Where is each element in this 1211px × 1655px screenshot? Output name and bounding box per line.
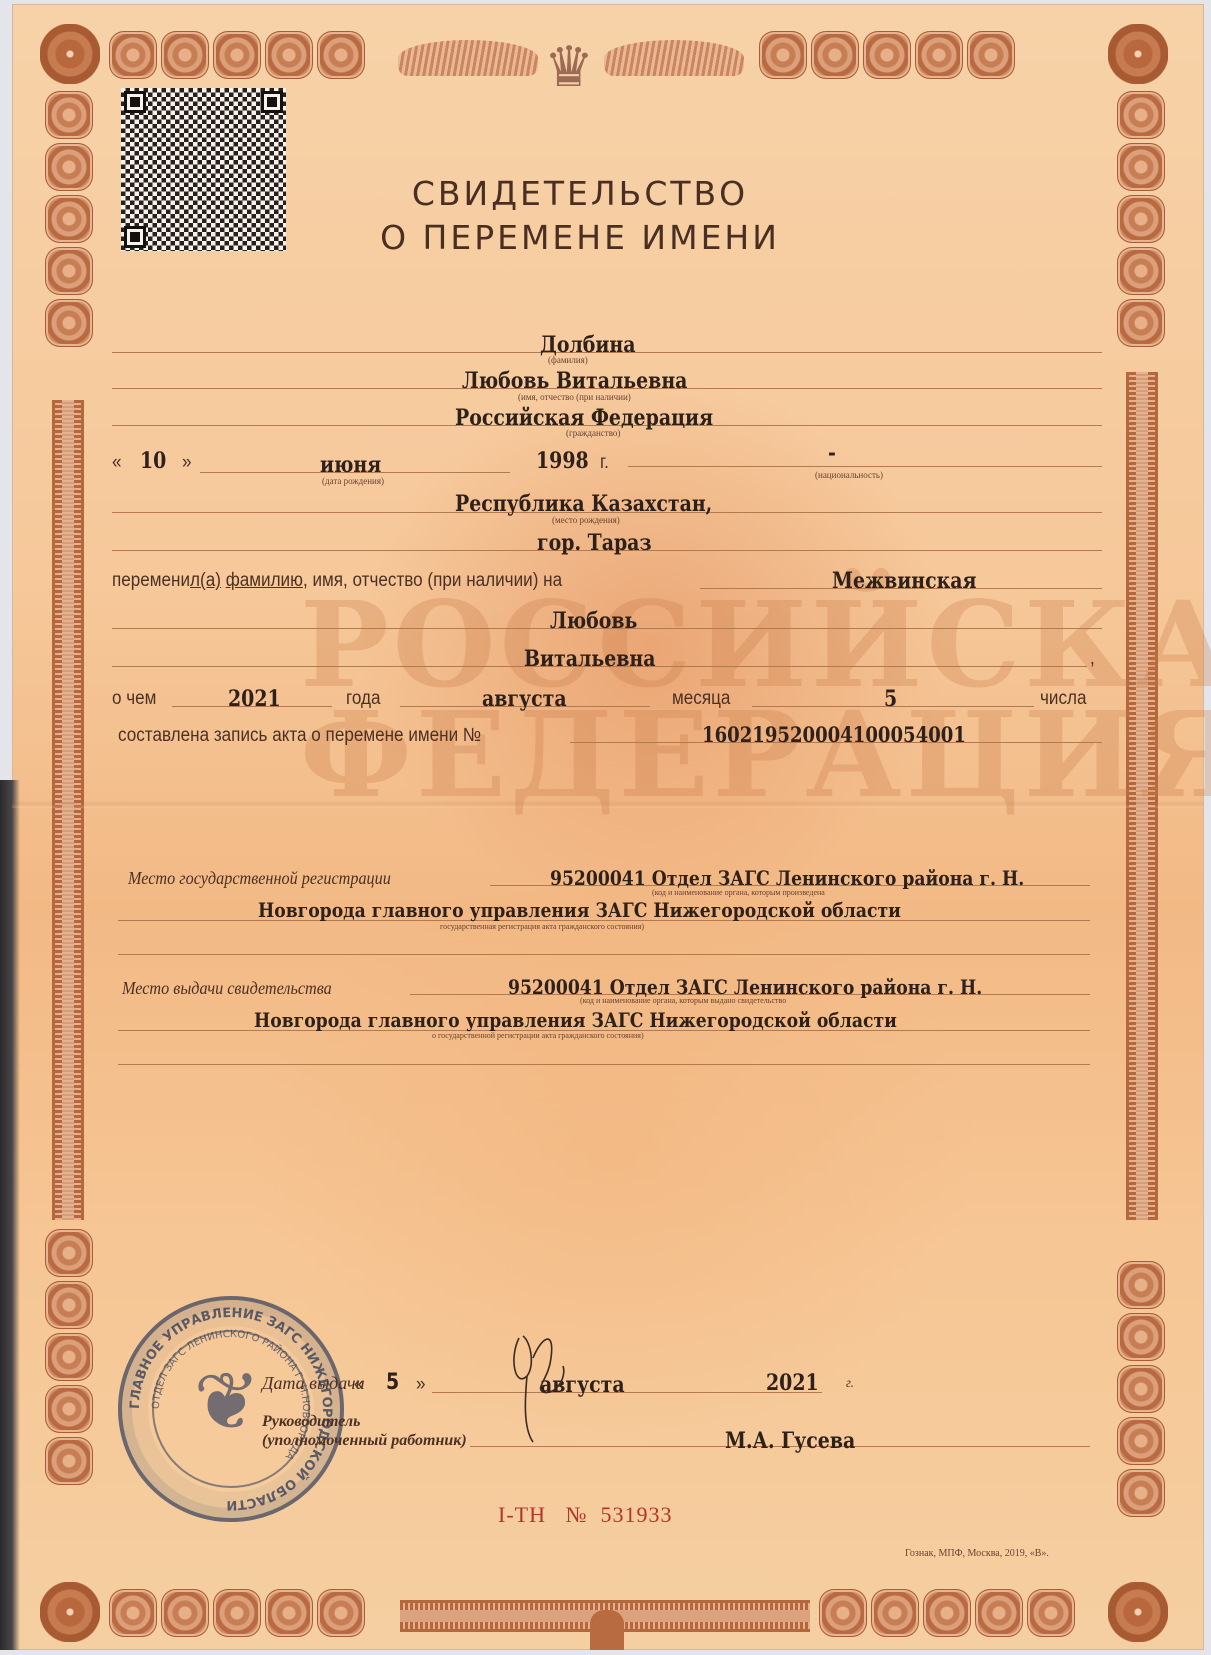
surname-word-underlined: фамилию — [226, 570, 303, 591]
registration-place-line1: 95200041 Отдел ЗАГС Ленинского района г.… — [550, 866, 1024, 890]
border-corner-bottom-left — [40, 1582, 100, 1642]
birth-date-caption: (дата рождения) — [322, 476, 412, 486]
new-surname-value: Межвинская — [832, 568, 977, 594]
quote-close: » — [416, 1374, 426, 1396]
border-left-top — [46, 92, 92, 346]
field-line — [118, 954, 1090, 955]
quote-close: » — [182, 452, 192, 474]
record-year-value: 2021 — [228, 686, 281, 712]
border-top-right — [760, 32, 1014, 78]
border-left-rail — [52, 400, 84, 1220]
record-number-value: 160219520004100054001 — [702, 722, 966, 747]
comma: , — [1090, 648, 1095, 670]
birth-place-line1-value: Республика Казахстан, — [455, 491, 712, 517]
official-stamp: ❦ ГЛАВНОЕ УПРАВЛЕНИЕ ЗАГС НИЖЕГОРОДСКОЙ … — [118, 1296, 344, 1522]
record-about-label: о чем — [112, 688, 156, 710]
birth-day-value: 10 — [140, 448, 166, 474]
border-top-left — [110, 32, 364, 78]
serial-number: I-ТН № 531933 — [498, 1502, 672, 1528]
registration-place-line2: Новгорода главного управления ЗАГС Нижег… — [258, 898, 901, 922]
registration-place-caption2: государственная регистрация акта граждан… — [440, 922, 770, 931]
quote-open: « — [354, 1374, 364, 1396]
record-number-label: составлена запись акта о перемене имени … — [118, 725, 481, 747]
birth-place-caption: (место рождения) — [552, 515, 652, 525]
birth-year-value: 1998 — [536, 448, 589, 474]
issuance-place-line2: Новгорода главного управления ЗАГС Нижег… — [254, 1008, 897, 1032]
field-line — [432, 1392, 822, 1393]
page-shadow — [0, 780, 20, 1650]
nationality-caption: (национальность) — [815, 470, 915, 480]
signatory-name: М.А. Гусева — [725, 1428, 855, 1454]
name-patronymic-caption: (имя, отчество (при наличии) — [518, 392, 718, 402]
signature — [505, 1318, 575, 1448]
signatory-label-line1: Руководитель — [262, 1413, 360, 1431]
change-label: переменил(а) фамилию, имя, отчество (при… — [112, 570, 562, 592]
issue-date-label: Дата выдачи — [262, 1373, 365, 1394]
border-corner-top-left — [40, 24, 100, 84]
new-patronymic-value: Витальевна — [524, 646, 655, 672]
border-right-bottom — [1118, 1262, 1164, 1516]
new-name-value: Любовь — [550, 608, 637, 634]
record-year-label: года — [346, 688, 380, 710]
record-day-value: 5 — [884, 686, 897, 712]
issuance-place-caption1: (код и наименование органа, которым выда… — [580, 996, 910, 1005]
border-corner-bottom-right — [1108, 1582, 1168, 1642]
coat-of-arms-icon: ♛ — [538, 32, 600, 104]
border-corner-top-right — [1108, 24, 1168, 84]
record-day-label: числа — [1040, 688, 1087, 710]
serial-series: I-ТН — [498, 1502, 546, 1527]
record-month-value: августа — [482, 686, 567, 712]
name-patronymic-value: Любовь Витальевна — [462, 368, 687, 394]
border-wing-right — [604, 40, 744, 76]
birth-place-line2-value: гор. Тараз — [537, 530, 652, 556]
issue-year-suffix: г. — [846, 1376, 854, 1392]
birth-month-value: июня — [320, 452, 381, 478]
title-line-2: О ПЕРЕМЕНЕ ИМЕНИ — [300, 216, 860, 260]
qr-code-icon — [121, 88, 286, 251]
issuance-place-caption2: о государственной регистрации акта гражд… — [432, 1031, 762, 1040]
border-left-bottom — [46, 1230, 92, 1484]
quote-open: « — [112, 452, 122, 474]
registration-place-caption1: (код и наименование органа, которым прои… — [652, 888, 902, 897]
border-bottom-ornament — [590, 1610, 624, 1650]
issue-year-value: 2021 — [766, 1370, 819, 1396]
field-line — [628, 466, 1102, 467]
issuance-place-label: Место выдачи свидетельства — [122, 978, 332, 999]
nationality-value: - — [828, 440, 836, 466]
field-line — [118, 1064, 1090, 1065]
signatory-label-line2: (уполномоченный работник) — [262, 1432, 467, 1450]
border-wing-left — [398, 40, 538, 76]
serial-number-value: 531933 — [600, 1502, 672, 1527]
citizenship-caption: (гражданство) — [566, 428, 666, 438]
border-bottom-right — [820, 1590, 1074, 1636]
printer-mark: Гознак, МПФ, Москва, 2019, «В». — [905, 1548, 1049, 1559]
registration-place-label: Место государственной регистрации — [128, 868, 391, 889]
gender-suffix-underlined: л(а) — [190, 570, 221, 591]
stamp-text: ГЛАВНОЕ УПРАВЛЕНИЕ ЗАГС НИЖЕГОРОДСКОЙ ОБ… — [122, 1300, 340, 1518]
issue-day-value: 5 — [386, 1370, 399, 1395]
title-line-1: СВИДЕТЕЛЬСТВО — [300, 172, 860, 216]
border-right-top — [1118, 92, 1164, 346]
surname-caption: (фамилия) — [548, 355, 668, 365]
document-title: СВИДЕТЕЛЬСТВО О ПЕРЕМЕНЕ ИМЕНИ — [300, 172, 860, 260]
birth-year-suffix: г. — [600, 452, 609, 474]
record-month-label: месяца — [672, 688, 730, 710]
border-bottom-left — [110, 1590, 364, 1636]
